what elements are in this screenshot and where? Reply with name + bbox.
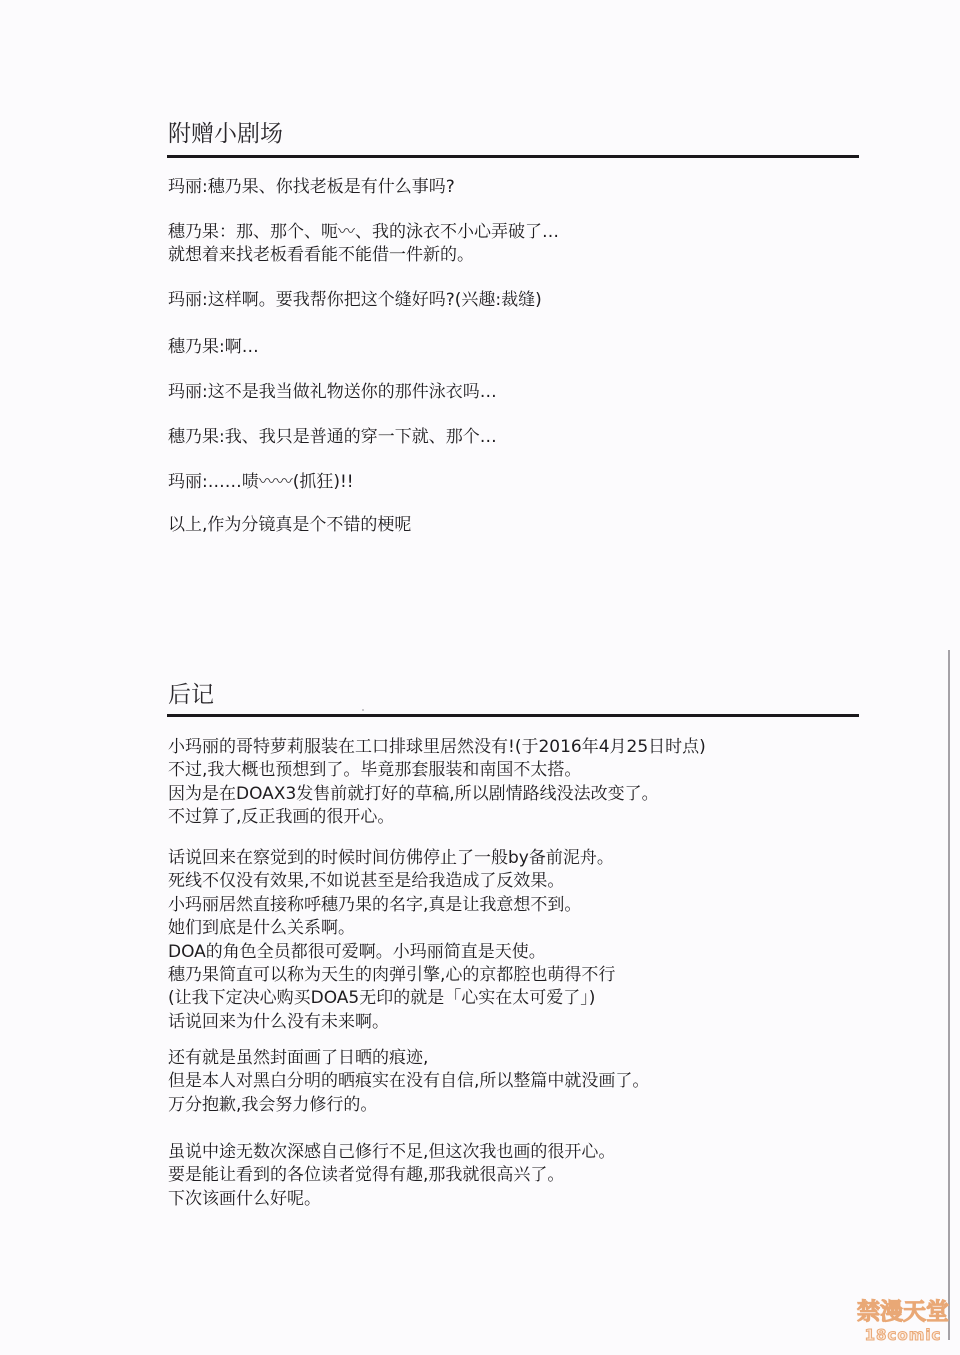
afterword-line: 死线不仅没有效果,不如说甚至是给我造成了反效果。 [168, 870, 615, 893]
omake-section-title: 附赠小剧场 [168, 123, 283, 146]
afterword-line: 话说回来为什么没有未来啊。 [168, 1011, 615, 1034]
afterword-line: 穗乃果简直可以称为天生的肉弹引擎,心的京都腔也萌得不行 [168, 964, 615, 987]
afterword-paragraph-3: 还有就是虽然封面画了日晒的痕迹, 但是本人对黑白分明的晒痕实在没有自信,所以整篇… [168, 1047, 649, 1117]
afterword-paragraph-4: 虽说中途无数次深感自己修行不足,但这次我也画的很开心。 要是能让看到的各位读者觉… [168, 1141, 615, 1211]
afterword-line: 不过,我大概也预想到了。毕竟那套服装和南国不太搭。 [168, 759, 706, 782]
afterword-line: 但是本人对黑白分明的晒痕实在没有自信,所以整篇中就没画了。 [168, 1070, 649, 1093]
dialogue-line: 穗乃果：那、那个、呃〰、我的泳衣不小心弄破了… [168, 224, 559, 241]
afterword-line: 要是能让看到的各位读者觉得有趣,那我就很高兴了。 [168, 1164, 615, 1187]
afterword-line: 小玛丽的哥特萝莉服装在工口排球里居然没有!(于2016年4月25日时点) [168, 736, 706, 759]
afterword-section-title: 后记 [168, 684, 214, 707]
afterword-line: DOA的角色全员都很可爱啊。小玛丽简直是天使。 [168, 941, 615, 964]
dialogue-line: 穗乃果:我、我只是普通的穿一下就、那个… [168, 429, 497, 446]
closing-remark: 以上,作为分镜真是个不错的梗呢 [168, 517, 411, 534]
afterword-line: 不过算了,反正我画的很开心。 [168, 806, 706, 829]
afterword-line: 虽说中途无数次深感自己修行不足,但这次我也画的很开心。 [168, 1141, 615, 1164]
scan-speck [362, 709, 364, 711]
afterword-line: 下次该画什么好呢。 [168, 1188, 615, 1211]
dialogue-line: 玛丽:这不是我当做礼物送你的那件泳衣吗… [168, 384, 497, 401]
watermark-subtitle: 18comic [852, 1326, 954, 1344]
omake-title-rule [167, 155, 859, 158]
afterword-line: (让我下定决心购买DOA5无印的就是「心实在太可爱了」) [168, 987, 615, 1010]
afterword-line: 因为是在DOAX3发售前就打好的草稿,所以剧情路线没法改变了。 [168, 783, 706, 806]
afterword-line: 小玛丽居然直接称呼穗乃果的名字,真是让我意想不到。 [168, 894, 615, 917]
afterword-paragraph-2: 话说回来在察觉到的时候时间仿佛停止了一般by备前泥舟。 死线不仅没有效果,不如说… [168, 847, 615, 1034]
afterword-line: 她们到底是什么关系啊。 [168, 917, 615, 940]
dialogue-line: 玛丽:穗乃果、你找老板是有什么事吗? [168, 179, 455, 196]
watermark-title: 禁漫天堂 [852, 1298, 954, 1326]
afterword-title-rule [167, 714, 859, 717]
afterword-line: 还有就是虽然封面画了日晒的痕迹, [168, 1047, 649, 1070]
dialogue-line: 玛丽:这样啊。要我帮你把这个缝好吗?(兴趣:裁缝) [168, 292, 542, 309]
scan-edge-line [948, 650, 950, 1340]
watermark-logo: 禁漫天堂 18comic [852, 1298, 954, 1348]
dialogue-line: 穗乃果:啊… [168, 339, 259, 356]
afterword-line: 万分抱歉,我会努力修行的。 [168, 1094, 649, 1117]
scanned-page: 附赠小剧场 玛丽:穗乃果、你找老板是有什么事吗? 穗乃果：那、那个、呃〰、我的泳… [0, 0, 960, 1355]
dialogue-line: 玛丽:……啧〰〰(抓狂)!! [168, 474, 354, 491]
dialogue-line: 就想着来找老板看看能不能借一件新的。 [168, 247, 474, 264]
afterword-line: 话说回来在察觉到的时候时间仿佛停止了一般by备前泥舟。 [168, 847, 615, 870]
afterword-paragraph-1: 小玛丽的哥特萝莉服装在工口排球里居然没有!(于2016年4月25日时点) 不过,… [168, 736, 706, 830]
